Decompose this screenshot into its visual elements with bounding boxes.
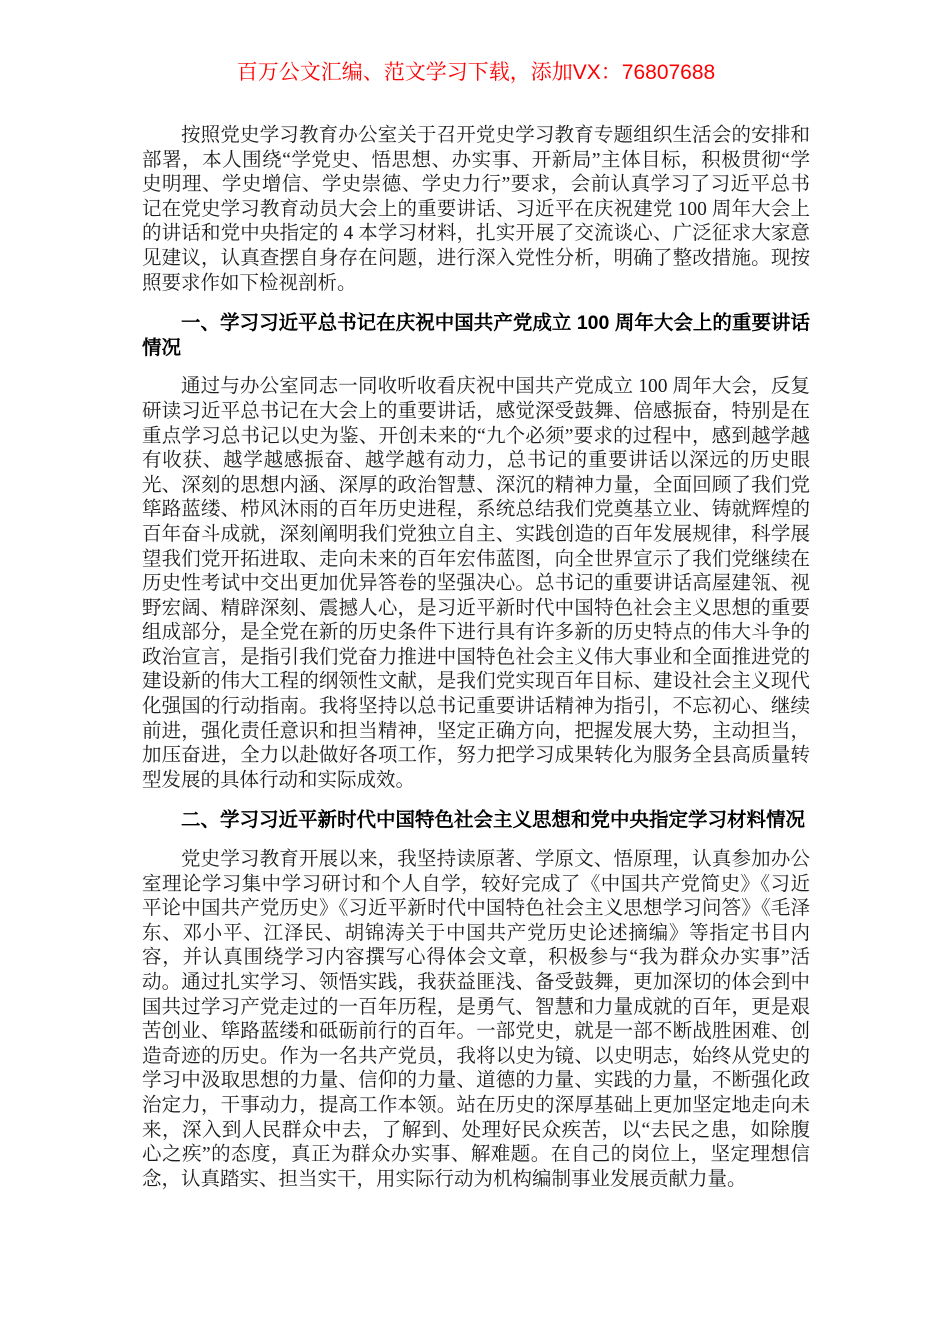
- section-heading-2: 二、学习习近平新时代中国特色社会主义思想和党中央指定学习材料情况: [142, 808, 810, 833]
- promo-banner: 百万公文汇编、范文学习下载，添加VX：76807688: [142, 58, 810, 88]
- body-paragraph-section-2: 党史学习教育开展以来，我坚持读原著、学原文、悟原理，认真参加办公室理论学习集中学…: [142, 848, 810, 1192]
- body-paragraph-section-1: 通过与办公室同志一同收听收看庆祝中国共产党成立 100 周年大会，反复研读习近平…: [142, 375, 810, 793]
- document-body: 按照党史学习教育办公室关于召开党史学习教育专题组织生活会的安排和部署，本人围绕“…: [142, 124, 810, 1192]
- document-page: 百万公文汇编、范文学习下载，添加VX：76807688 按照党史学习教育办公室关…: [0, 0, 950, 1344]
- section-heading-1: 一、学习习近平总书记在庆祝中国共产党成立 100 周年大会上的重要讲话情况: [142, 311, 810, 360]
- body-paragraph-intro: 按照党史学习教育办公室关于召开党史学习教育专题组织生活会的安排和部署，本人围绕“…: [142, 124, 810, 296]
